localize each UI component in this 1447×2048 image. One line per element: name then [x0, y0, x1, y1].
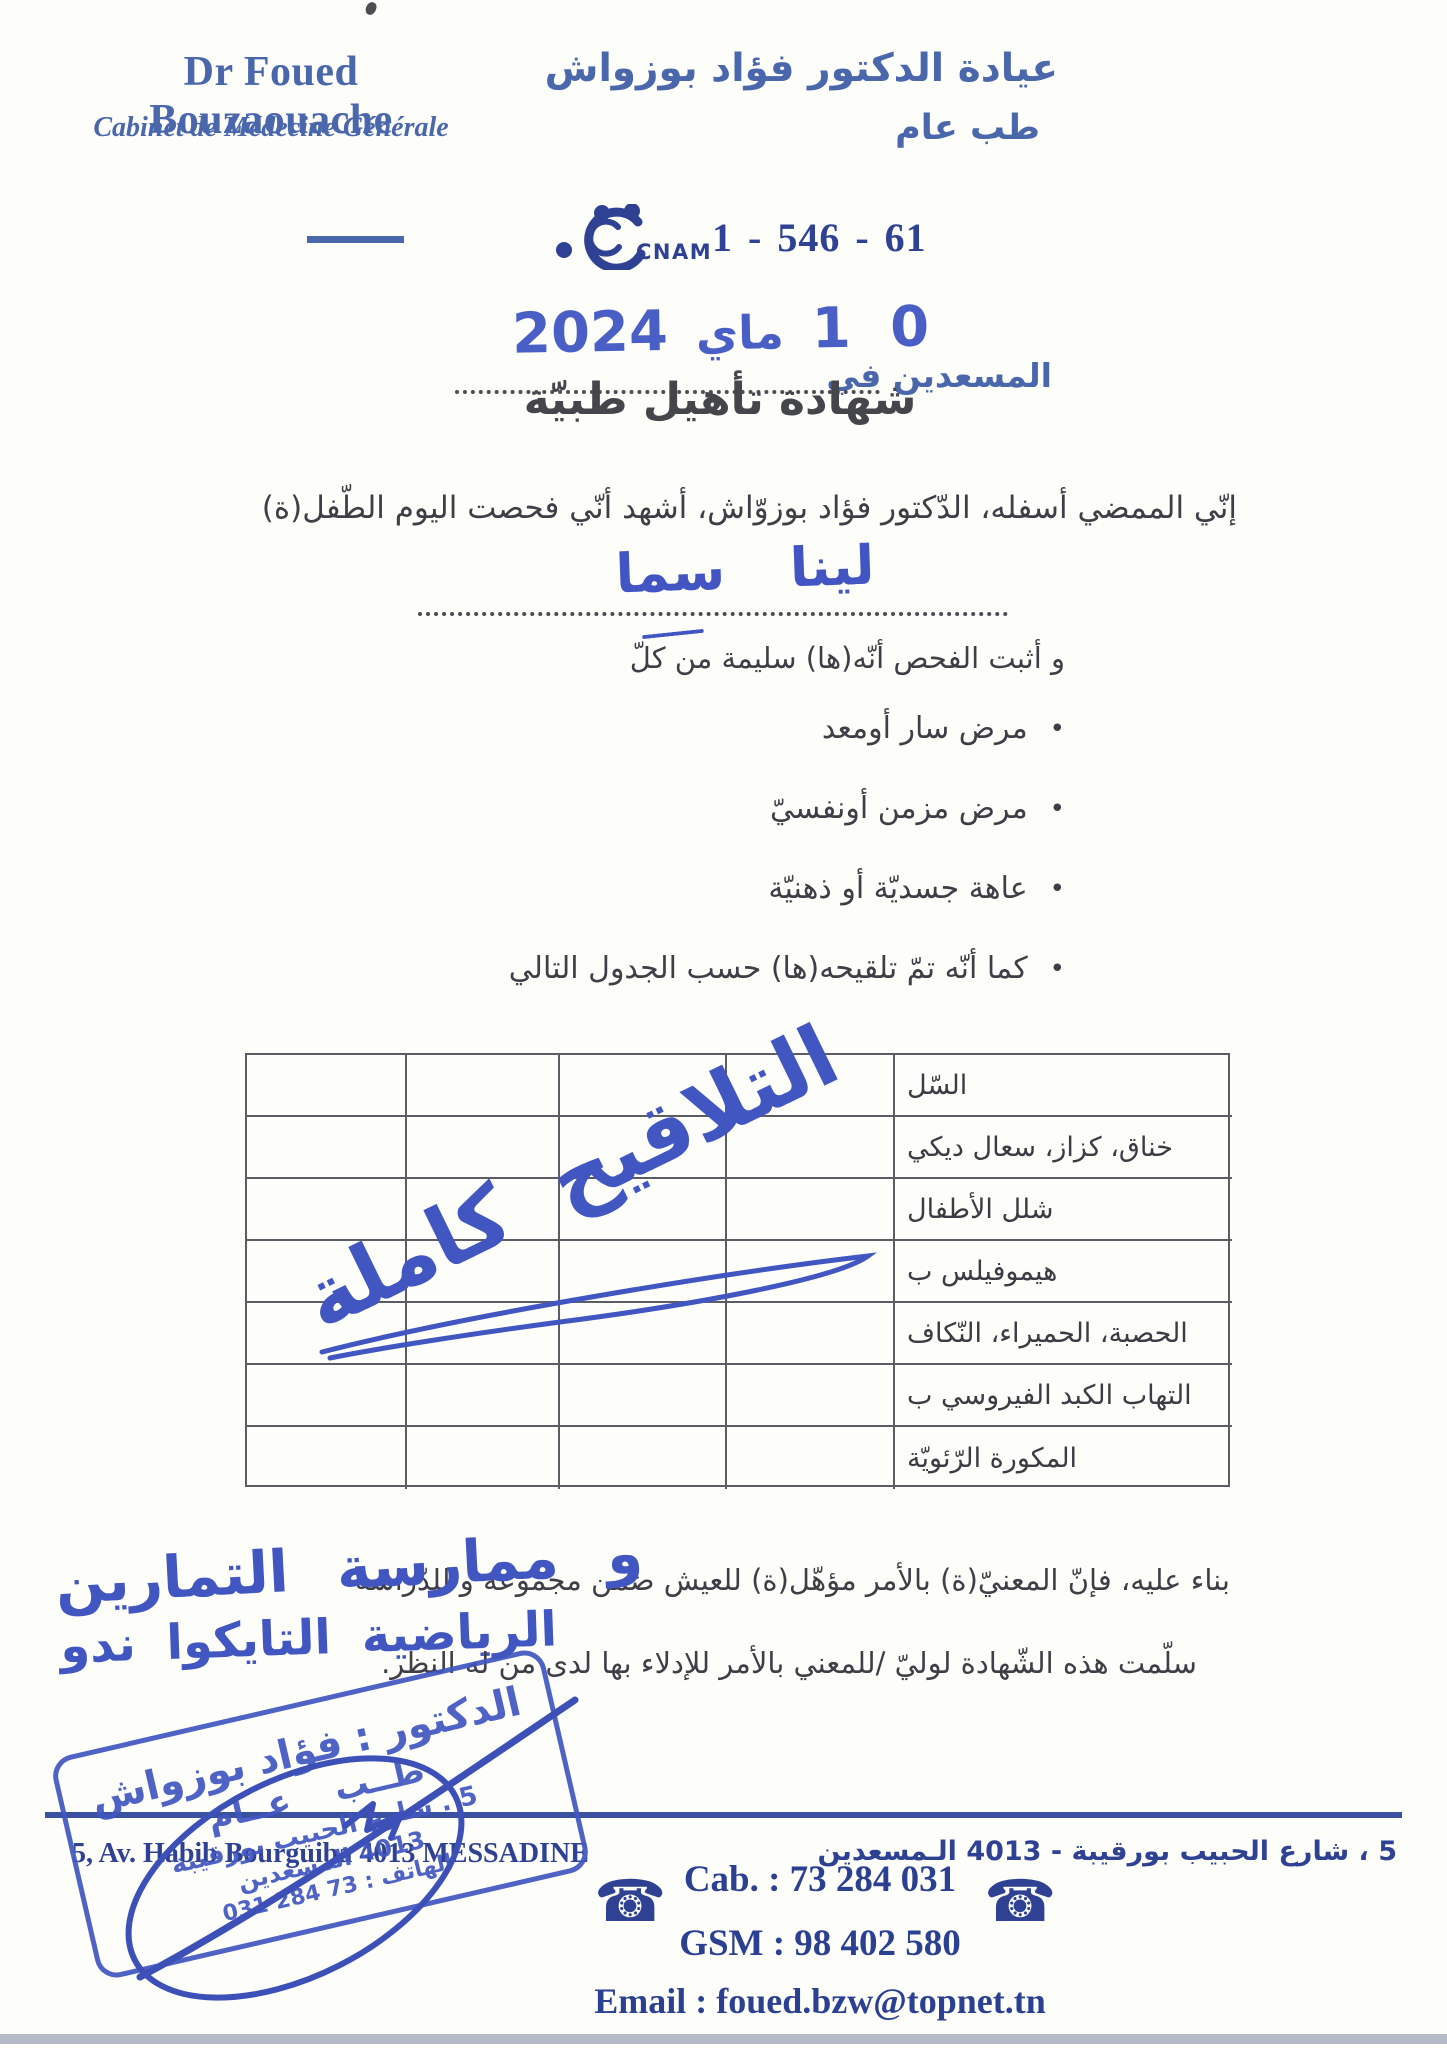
- table-cell: [560, 1303, 727, 1365]
- bullet-icon: •: [1050, 792, 1065, 826]
- specialty-arabic: طب عام: [895, 108, 1040, 148]
- list-item: • مرض سار أومعد: [509, 712, 1065, 746]
- table-row-label: التهاب الكبد الفيروسي ب: [895, 1365, 1232, 1427]
- table-cell: [407, 1303, 560, 1365]
- exam-result-line: و أثبت الفحص أنّه(ها) سليمة من كلّ: [630, 641, 1065, 675]
- table-cell: [727, 1303, 895, 1365]
- handwriting-flourish: [642, 629, 704, 639]
- cnam-label: CNAM: [636, 240, 712, 264]
- table-row-label: المكورة الرّئويّة: [895, 1427, 1232, 1489]
- table-cell: [560, 1241, 727, 1303]
- list-item-text: عاهة جسديّة أو ذهنيّة: [768, 872, 1027, 906]
- list-item-text: مرض مزمن أونفسيّ: [770, 792, 1028, 826]
- date-stamp-day: 1 0: [811, 294, 940, 361]
- table-cell: [727, 1365, 895, 1427]
- table-cell: [727, 1241, 895, 1303]
- list-item: • عاهة جسديّة أو ذهنيّة: [509, 872, 1065, 906]
- medical-certificate-scan: Dr Foued Bouzaouache Cabinet de Médecine…: [0, 0, 1447, 2048]
- table-row-label: خناق، كزاز، سعال ديكي: [895, 1117, 1232, 1179]
- table-cell: [247, 1365, 407, 1427]
- date-stamp-year: 2024: [511, 299, 668, 367]
- table-cell: [560, 1427, 727, 1489]
- bullet-icon: •: [1050, 712, 1065, 746]
- list-item-text: مرض سار أومعد: [822, 712, 1028, 746]
- list-item-text: كما أنّه تمّ تلقيحه(ها) حسب الجدول التال…: [509, 952, 1028, 986]
- table-cell: [247, 1117, 407, 1179]
- bullet-icon: •: [1050, 952, 1065, 986]
- table-cell: [407, 1365, 560, 1427]
- clinic-name-arabic: عيادة الدكتور فؤاد بوزواش: [545, 46, 1058, 91]
- gsm-phone: GSM : 98 402 580: [500, 1922, 1140, 1965]
- scan-speck: [364, 1, 378, 17]
- header-divider: [307, 236, 404, 243]
- cnam-affiliation-code: 1 - 546 - 61: [712, 214, 927, 261]
- table-cell: [247, 1055, 407, 1117]
- table-cell: [727, 1427, 895, 1489]
- table-row-label: هيموفيلس ب: [895, 1241, 1232, 1303]
- table-cell: [407, 1055, 560, 1117]
- list-item: • مرض مزمن أونفسيّ: [509, 792, 1065, 826]
- scan-edge: [0, 2034, 1447, 2044]
- email-line: Email : foued.bzw@topnet.tn: [500, 1980, 1140, 2022]
- table-row-label: السّل: [895, 1055, 1232, 1117]
- child-name-handwritten: لينا سما: [589, 533, 901, 607]
- practice-type-french: Cabinet de Médecine Générale: [78, 112, 464, 144]
- table-cell: [560, 1365, 727, 1427]
- disease-free-list: • مرض سار أومعد • مرض مزمن أونفسيّ • عاه…: [509, 712, 1065, 1032]
- table-row-label: شلل الأطفال: [895, 1179, 1232, 1241]
- intro-paragraph: إنّي الممضي أسفله، الدّكتور فؤاد بوزوّاش…: [262, 490, 1237, 526]
- table-cell: [407, 1427, 560, 1489]
- certificate-title: شهادة تأهيل طبيّة: [500, 374, 940, 425]
- bullet-icon: •: [1050, 872, 1065, 906]
- table-cell: [247, 1427, 407, 1489]
- address-arabic: 5 ، شارع الحبيب بورقيبة - 4013 الـمسعدين: [817, 1836, 1397, 1867]
- list-item: • كما أنّه تمّ تلقيحه(ها) حسب الجدول الت…: [509, 952, 1065, 986]
- table-cell: [727, 1179, 895, 1241]
- table-row-label: الحصبة، الحميراء، النّكاف: [895, 1303, 1232, 1365]
- date-stamp-month: ماي: [695, 305, 784, 361]
